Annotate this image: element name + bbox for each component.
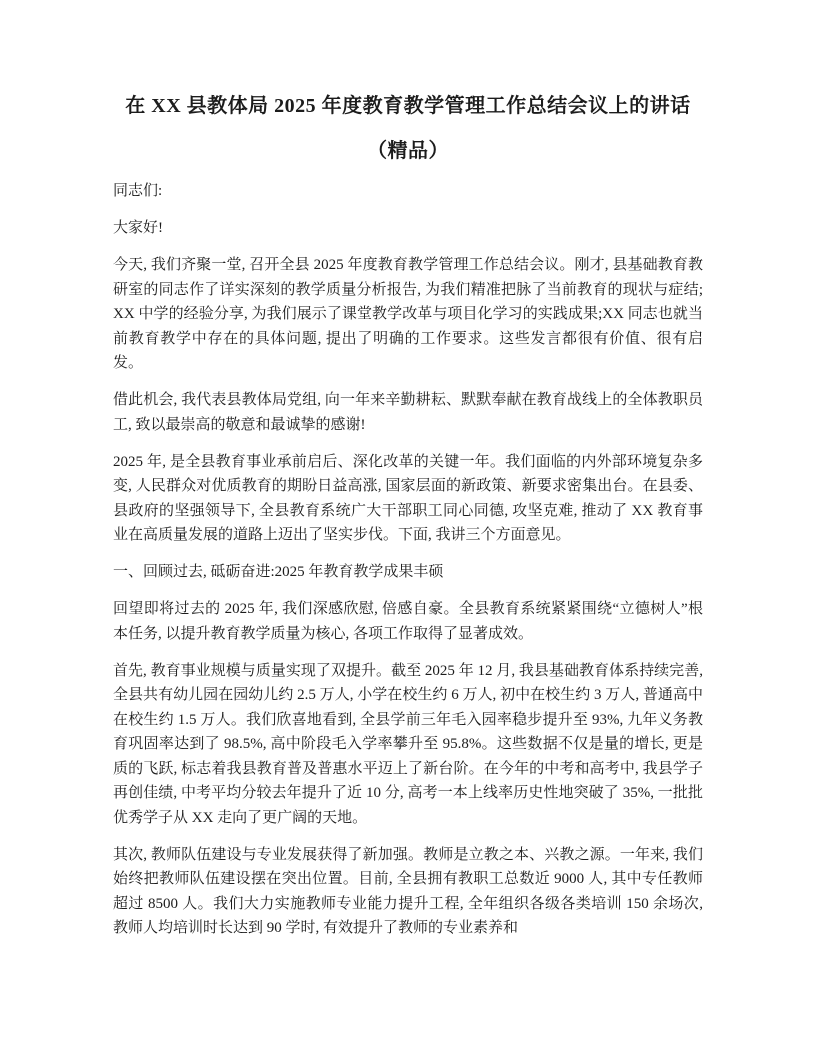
paragraph: 今天, 我们齐聚一堂, 召开全县 2025 年度教育教学管理工作总结会议。刚才,… — [113, 253, 703, 376]
section-heading: 一、回顾过去, 砥砺奋进:2025 年教育教学成果丰硕 — [113, 560, 703, 585]
document-body: 同志们:大家好!今天, 我们齐聚一堂, 召开全县 2025 年度教育教学管理工作… — [113, 179, 703, 941]
paragraph: 同志们: — [113, 179, 703, 204]
paragraph: 其次, 教师队伍建设与专业发展获得了新加强。教师是立教之本、兴教之源。一年来, … — [113, 843, 703, 941]
document-page: 在 XX 县教体局 2025 年度教育教学管理工作总结会议上的讲话（精品） 同志… — [0, 0, 816, 1056]
paragraph: 2025 年, 是全县教育事业承前启后、深化改革的关键一年。我们面临的内外部环境… — [113, 450, 703, 548]
paragraph: 借此机会, 我代表县教体局党组, 向一年来辛勤耕耘、默默奉献在教育战线上的全体教… — [113, 388, 703, 437]
paragraph: 回望即将过去的 2025 年, 我们深感欣慰, 倍感自豪。全县教育系统紧紧围绕“… — [113, 597, 703, 646]
paragraph: 首先, 教育事业规模与质量实现了双提升。截至 2025 年 12 月, 我县基础… — [113, 659, 703, 831]
paragraph: 大家好! — [113, 216, 703, 241]
document-title: 在 XX 县教体局 2025 年度教育教学管理工作总结会议上的讲话（精品） — [113, 84, 703, 174]
